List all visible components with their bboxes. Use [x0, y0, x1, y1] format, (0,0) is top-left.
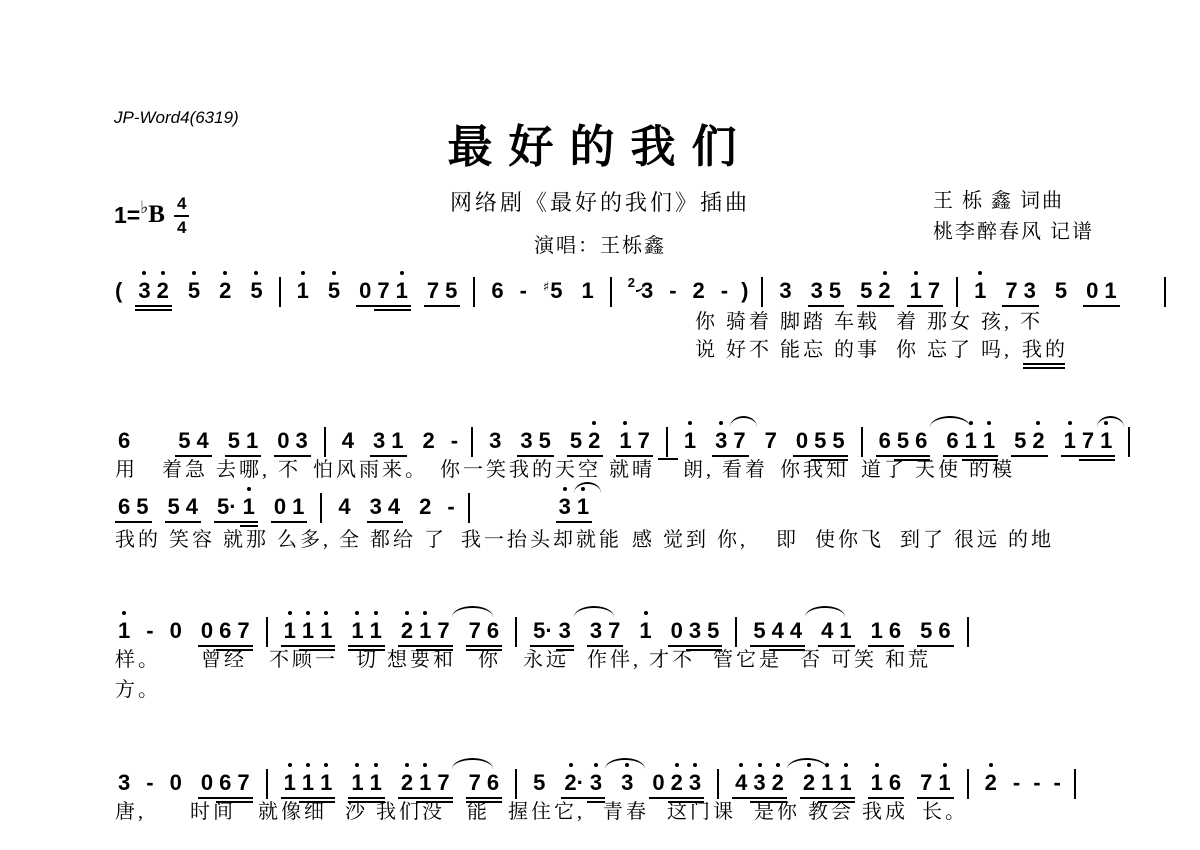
- underline-beam: [962, 455, 980, 457]
- note-group: 3: [486, 428, 504, 454]
- underline-beam: [793, 455, 811, 457]
- note: 1: [1097, 428, 1115, 454]
- note: 6: [488, 278, 506, 304]
- score-area: (3252515071756-♯5123-2-)3355217173501你 骑…: [0, 0, 1200, 850]
- note-group: 0: [167, 770, 185, 796]
- octave-dot: [400, 271, 404, 275]
- underline-beam: [1021, 305, 1039, 307]
- note-digit: 4: [186, 494, 198, 519]
- note-group: 171: [1061, 428, 1116, 454]
- note-group: 2: [420, 428, 438, 454]
- note: 0: [274, 428, 292, 454]
- note: 5: [185, 278, 203, 304]
- note-group: 2: [216, 278, 234, 304]
- note-digit: 4: [735, 770, 747, 795]
- note-digit: 2: [772, 770, 784, 795]
- lyric-segment: 我一抬头却就能: [461, 528, 622, 553]
- note-digit: 6: [491, 278, 503, 303]
- note-digit: 5: [250, 278, 262, 303]
- octave-dot: [161, 271, 165, 275]
- note-digit: 3: [753, 770, 765, 795]
- paren: (: [115, 278, 122, 304]
- lyric-segment: 切 想要和: [356, 648, 456, 673]
- note: 1: [935, 770, 953, 796]
- note-digit: 4: [338, 494, 350, 519]
- note: 7: [1079, 428, 1097, 454]
- lyric-segment: 握住它,: [508, 800, 585, 825]
- octave-dot: [288, 611, 292, 615]
- underline-beam: [894, 455, 912, 457]
- note-digit: 6: [915, 428, 927, 453]
- underline-beam: [367, 521, 385, 523]
- note: 5: [1011, 428, 1029, 454]
- duration-dash: -: [146, 618, 153, 644]
- note-digit: 0: [277, 428, 289, 453]
- note-digit: 1: [320, 618, 332, 643]
- octave-dot: [423, 611, 427, 615]
- note-group: ♯5: [540, 278, 566, 304]
- note-digit: 7: [237, 618, 249, 643]
- note-digit: 7: [1005, 278, 1017, 303]
- underline-beam: [1011, 455, 1029, 457]
- note-group: 067: [198, 618, 253, 644]
- lyric-segment: 到了 很远 的地: [900, 528, 1054, 553]
- note: 4: [183, 494, 201, 520]
- note: 5: [133, 494, 151, 520]
- note-group: 54: [165, 494, 202, 520]
- note: 1: [416, 618, 434, 644]
- barline: [861, 427, 863, 457]
- note-digit: 5: [188, 278, 200, 303]
- sheet-music-page: JP-Word4(6319) 最好的我们 网络剧《最好的我们》插曲 演唱：王栎鑫…: [0, 0, 1200, 850]
- underline-beam: [225, 455, 243, 457]
- octave-dot: [989, 763, 993, 767]
- note-digit: 5: [539, 428, 551, 453]
- note-digit: 7: [765, 428, 777, 453]
- note: 3: [293, 428, 311, 454]
- lyric-segment: 朗, 看着: [683, 458, 768, 483]
- note-digit: 6: [487, 770, 499, 795]
- note-digit: 5: [897, 428, 909, 453]
- note: 1: [1061, 428, 1079, 454]
- note-digit: 1: [983, 428, 995, 453]
- note: 2: [154, 278, 172, 304]
- note: 1: [281, 770, 299, 796]
- underline-beam: [808, 305, 826, 307]
- note-group: 71: [917, 770, 954, 796]
- octave-dot: [332, 271, 336, 275]
- note: 3: [587, 770, 605, 796]
- note-digit: 1: [839, 618, 851, 643]
- underline-beam: [769, 797, 787, 799]
- barline: [610, 277, 612, 307]
- note-group: 23: [625, 278, 656, 304]
- underline-beam: [289, 521, 307, 523]
- note-group: 4: [339, 428, 357, 454]
- underline-beam: [857, 305, 875, 307]
- note: 6: [912, 428, 930, 454]
- note-digit: 7: [237, 770, 249, 795]
- underline-beam: [240, 525, 258, 527]
- note-group: 56: [917, 618, 954, 644]
- note-digit: 4: [342, 428, 354, 453]
- note-digit: 3: [296, 428, 308, 453]
- note-digit: 5: [1014, 428, 1026, 453]
- note-digit: 1: [577, 494, 589, 519]
- note: 5: [530, 770, 548, 796]
- underline-beam: [935, 797, 953, 799]
- note-group: 37: [587, 618, 624, 644]
- lyrics-line-9: 样。曾经不顾一切 想要和你永远作伴, 才不管它是否 可笑 和荒: [115, 648, 931, 673]
- lyric-segment: 方。: [115, 678, 161, 703]
- note-group: 3: [618, 770, 636, 796]
- note-digit: 1: [243, 494, 255, 519]
- note-digit: 0: [170, 618, 182, 643]
- underline-beam: [484, 645, 502, 647]
- note: 1: [836, 618, 854, 644]
- underline-beam: [398, 797, 416, 799]
- note: 2: [1029, 428, 1047, 454]
- underline-beam: [868, 645, 886, 647]
- note-group: 35: [808, 278, 845, 304]
- note-group: 1: [578, 278, 596, 304]
- note-group: 03: [274, 428, 311, 454]
- note: 2: [420, 428, 438, 454]
- duration-dash: -: [1033, 770, 1040, 796]
- note: 6: [115, 494, 133, 520]
- note-group: 035: [668, 618, 723, 644]
- note: 5: [325, 278, 343, 304]
- lyric-segment: 永远: [523, 648, 569, 673]
- note: 4: [787, 618, 805, 644]
- note-group: 32: [135, 278, 172, 304]
- note: 1: [317, 770, 335, 796]
- underline-beam: [374, 309, 392, 311]
- note-digit: 3: [370, 494, 382, 519]
- lyrics-line-3: 说 好不 能忘 的事你 忘了 吗,我的: [695, 338, 1068, 363]
- note: 7: [1002, 278, 1020, 304]
- note-digit: 3: [621, 770, 633, 795]
- spacer: [146, 428, 162, 429]
- underline-beam: [917, 797, 935, 799]
- note-group: 111: [281, 618, 336, 644]
- note-group: 611: [943, 428, 998, 454]
- note-digit: 5: [860, 278, 872, 303]
- note-group: 0: [167, 618, 185, 644]
- duration-dash: -: [451, 428, 458, 454]
- note-digit: 7: [1082, 428, 1094, 453]
- lyric-segment: 感 觉到 你,: [632, 528, 748, 553]
- lyric-segment: 样。: [115, 648, 161, 673]
- barline: [266, 769, 268, 799]
- duration-dash: -: [520, 278, 527, 304]
- note-digit: 3: [590, 770, 602, 795]
- note: 5: [536, 428, 554, 454]
- underline-beam: [517, 455, 535, 457]
- underline-beam: [484, 797, 502, 799]
- note-group: 65: [115, 494, 152, 520]
- note: 0: [356, 278, 374, 304]
- note-digit: 2: [157, 278, 169, 303]
- barline: [279, 277, 281, 307]
- note: 1: [393, 278, 411, 304]
- note-group: 51: [225, 428, 262, 454]
- underline-beam: [240, 521, 258, 523]
- underline-beam: [829, 455, 847, 457]
- note-group: 023: [649, 770, 704, 796]
- note-digit: 1: [284, 618, 296, 643]
- underline-beam: [1002, 305, 1020, 307]
- underline-beam: [587, 797, 605, 799]
- slur-tie-arc: [574, 482, 601, 493]
- lyric-segment: 你: [478, 648, 501, 673]
- note: 6: [886, 770, 904, 796]
- slur-tie-arc: [574, 606, 614, 617]
- underline-beam: [668, 797, 686, 799]
- note: 5: [247, 278, 265, 304]
- underline-beam: [530, 645, 556, 647]
- underline-beam: [442, 305, 460, 307]
- note-digit: 1: [370, 770, 382, 795]
- barline: [515, 617, 517, 647]
- spacer: [483, 494, 543, 495]
- notes-line-1: (3252515071756-♯5123-2-)3355217173501: [115, 266, 1166, 307]
- barline: [471, 427, 473, 457]
- underline-beam: [317, 797, 335, 799]
- note: 3: [556, 618, 574, 644]
- underline-beam: [317, 645, 335, 647]
- lyric-segment: 是你 教会 我成: [754, 800, 908, 825]
- note-digit: 3: [641, 278, 653, 303]
- underline-beam: [875, 305, 893, 307]
- note-group: 3: [776, 278, 794, 304]
- note-digit: 3: [715, 428, 727, 453]
- note-group: 544: [750, 618, 805, 644]
- barline: [666, 427, 668, 457]
- underline-beam: [668, 645, 686, 647]
- note: 6: [216, 618, 234, 644]
- notes-line-8: 1-006711111217765·3371035544411656: [115, 606, 969, 647]
- duration-dash: -: [721, 278, 728, 304]
- note: 6: [886, 618, 904, 644]
- note-digit: 2: [419, 494, 431, 519]
- octave-dot: [978, 271, 982, 275]
- note: 7: [374, 278, 392, 304]
- lyric-segment: 着 那女 孩, 不: [896, 310, 1043, 335]
- note-group: 6: [115, 428, 133, 454]
- note: 2: [769, 770, 787, 796]
- octave-dot: [301, 271, 305, 275]
- note-digit: 2: [628, 275, 635, 290]
- underline-beam: [198, 797, 216, 799]
- note: 1: [574, 494, 592, 520]
- note-digit: 0: [1086, 278, 1098, 303]
- underline-beam: [818, 797, 836, 799]
- underline-beam: [886, 797, 904, 799]
- underline-beam: [356, 305, 374, 307]
- note-group: 1: [636, 618, 654, 644]
- note-digit: 7: [608, 618, 620, 643]
- note-digit: 6: [946, 428, 958, 453]
- octave-dot: [914, 271, 918, 275]
- barline: [735, 617, 737, 647]
- note: 6: [115, 428, 133, 454]
- underline-beam: [886, 645, 904, 647]
- note-digit: 1: [821, 770, 833, 795]
- note-digit: 6: [889, 618, 901, 643]
- note: 5·: [214, 494, 240, 520]
- note: 7: [234, 618, 252, 644]
- note: 1: [616, 428, 634, 454]
- underline-beam: [271, 521, 289, 523]
- underline-beam: [434, 645, 452, 647]
- note-digit: 2: [671, 770, 683, 795]
- barline: [967, 769, 969, 799]
- note-digit: 0: [359, 278, 371, 303]
- underline-beam: [367, 797, 385, 799]
- note: 3: [1021, 278, 1039, 304]
- note-digit: 5: [570, 428, 582, 453]
- note-digit: 3: [811, 278, 823, 303]
- note: 5: [857, 278, 875, 304]
- note: 6: [484, 770, 502, 796]
- note-group: 54: [175, 428, 212, 454]
- note-group: 52: [1011, 428, 1048, 454]
- octave-dot: [623, 421, 627, 425]
- underline-beam: [154, 309, 172, 311]
- note: 7: [466, 770, 484, 796]
- note-digit: 1: [292, 494, 304, 519]
- underline-beam: [556, 645, 574, 647]
- note: 7: [635, 428, 653, 454]
- underline-beam: [769, 645, 787, 647]
- note-digit: 5: [533, 770, 545, 795]
- underline-beam: [1097, 459, 1115, 461]
- note-digit: 2: [878, 278, 890, 303]
- note-group: 75: [424, 278, 461, 304]
- note-digit: 1: [320, 770, 332, 795]
- note-digit: 2: [219, 278, 231, 303]
- barline: [324, 427, 326, 457]
- note: 0: [649, 770, 667, 796]
- lyrics-line-12: 唐,时间就像细沙 我们没能握住它,青春这门课是你 教会 我成长。: [115, 800, 968, 825]
- note-group: 6: [488, 278, 506, 304]
- note: 1: [294, 278, 312, 304]
- underline-beam: [585, 455, 603, 457]
- note-digit: 2: [803, 770, 815, 795]
- grace-note: 2: [625, 270, 638, 296]
- underline-beam: [826, 305, 844, 307]
- lyric-segment: 我的 笑容 就那 么多, 全 都给 了: [115, 528, 447, 553]
- note-digit: 4: [821, 618, 833, 643]
- octave-dot: [844, 763, 848, 767]
- note: 7: [434, 770, 452, 796]
- underline-beam: [370, 455, 388, 457]
- underline-beam: [367, 645, 385, 647]
- lyric-segment: 你一笑我的天空: [440, 458, 601, 483]
- sharp-icon: ♯: [543, 280, 549, 295]
- note-group: 055: [793, 428, 848, 454]
- underline-beam: [1079, 455, 1097, 457]
- lyric-segment: 道了 天使 的模: [861, 458, 1015, 483]
- underline-beam: [194, 455, 212, 457]
- note-digit: 6: [879, 428, 891, 453]
- note-group: 2: [416, 494, 434, 520]
- note-group: 16: [868, 618, 905, 644]
- underline-beam: [556, 521, 574, 523]
- underline-beam: [912, 455, 930, 457]
- underline-beam: [234, 645, 252, 647]
- note: 2: [668, 770, 686, 796]
- octave-dot: [374, 611, 378, 615]
- note: 1: [367, 770, 385, 796]
- note-group: 211: [800, 770, 855, 796]
- octave-dot: [288, 763, 292, 767]
- note: 4: [769, 618, 787, 644]
- note-group: 656: [876, 428, 931, 454]
- lyrics-line-7: 我的 笑容 就那 么多, 全 都给 了我一抬头却就能感 觉到 你,即使你飞到了 …: [115, 528, 1054, 553]
- note: 1: [868, 618, 886, 644]
- note: 7: [762, 428, 780, 454]
- slur-tie-arc: [787, 758, 827, 769]
- underline-beam: [135, 305, 153, 307]
- note: 5: [1052, 278, 1070, 304]
- note: 1: [281, 618, 299, 644]
- note-digit: 1: [974, 278, 986, 303]
- barline: [1164, 277, 1166, 307]
- note-group: 067: [198, 770, 253, 796]
- underline-beam: [234, 797, 252, 799]
- note: 6: [943, 428, 961, 454]
- note: 1: [348, 618, 366, 644]
- note-group: 5: [325, 278, 343, 304]
- note-digit: 3: [590, 618, 602, 643]
- note: 3: [135, 278, 153, 304]
- note: 1: [836, 770, 854, 796]
- note-group: 111: [281, 770, 336, 796]
- underline-beam: [935, 645, 953, 647]
- lyric-segment: 青春: [603, 800, 649, 825]
- note-digit: 1: [351, 618, 363, 643]
- note: 3: [367, 494, 385, 520]
- slur-tie-arc: [452, 758, 493, 769]
- underline-beam: [868, 797, 886, 799]
- underline-beam: [836, 645, 854, 647]
- note-group: 217: [398, 770, 453, 796]
- barline: [468, 493, 470, 523]
- note-digit: 7: [733, 428, 745, 453]
- note-digit: 1: [619, 428, 631, 453]
- note-digit: 7: [920, 770, 932, 795]
- note-group: 2·3: [561, 770, 605, 796]
- octave-dot: [355, 763, 359, 767]
- note-digit: 6: [938, 618, 950, 643]
- note-digit: 5: [168, 494, 180, 519]
- barline: [1074, 769, 1076, 799]
- note: 1: [971, 278, 989, 304]
- note-digit: 0: [274, 494, 286, 519]
- underline-beam: [214, 521, 240, 523]
- underline-beam: [732, 797, 750, 799]
- note-digit: 2: [693, 278, 705, 303]
- octave-dot: [306, 763, 310, 767]
- slur-tie-arc: [930, 416, 970, 427]
- note: 1: [289, 494, 307, 520]
- note-digit: 1: [391, 428, 403, 453]
- note-digit: 1: [910, 278, 922, 303]
- underline-beam: [175, 455, 193, 457]
- note: 3: [486, 428, 504, 454]
